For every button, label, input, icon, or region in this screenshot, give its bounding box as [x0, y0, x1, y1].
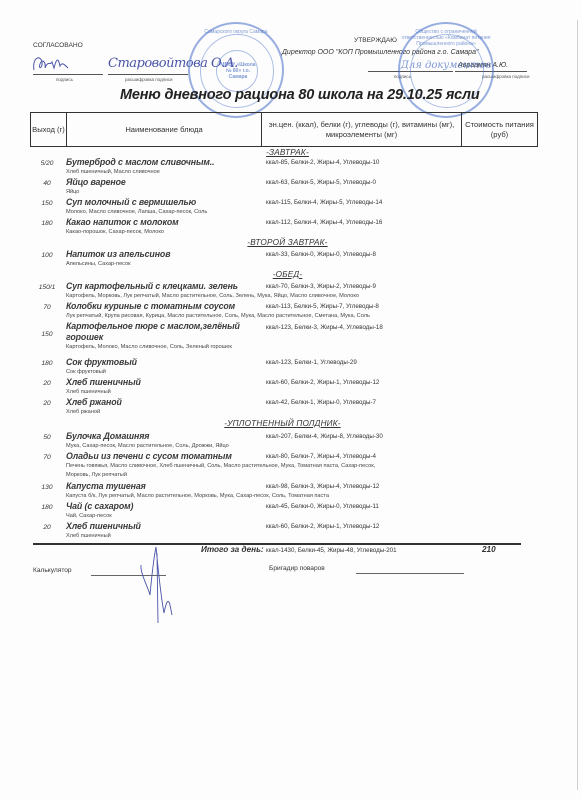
signature-calculator-icon	[138, 543, 178, 627]
header-nutrition: эн.цен. (ккал), белки (г), углеводы (г),…	[261, 113, 461, 146]
page-edge-line	[577, 20, 578, 790]
calculator-label: Калькулятор	[33, 567, 72, 574]
header-dish-name: Наименование блюда	[66, 113, 261, 146]
header-cost: Стоимость питания (руб)	[461, 113, 537, 146]
signature-caption-left: подпись	[56, 77, 73, 82]
decoding-line-left	[108, 74, 188, 75]
decoding-caption-left: расшифровка подписи	[125, 77, 172, 82]
chief-cook-label: Бригадир поваров	[269, 565, 325, 572]
section-afternoon-snack: -УПЛОТНЕННЫЙ ПОЛДНИК-	[0, 419, 573, 428]
section-lunch: -ОБЕД-	[0, 270, 578, 279]
total-nutrition: ккал-1430, Белки-45, Жиры-48, Углеводы-2…	[266, 547, 397, 554]
approval-right-label: УТВЕРЖДАЮ	[354, 37, 397, 44]
page-title: Меню дневного рациона 80 школа на 29.10.…	[120, 87, 480, 103]
stamp-left: Самарского округа Самара МБОУ «Школа № 8…	[188, 22, 284, 118]
header-output: Выход (г)	[31, 113, 66, 146]
approval-left-label: СОГЛАСОВАНО	[33, 42, 83, 49]
signature-left-icon	[30, 52, 70, 76]
total-cost: 210	[482, 545, 496, 554]
chief-cook-signature-line	[356, 573, 464, 574]
signature-line-left	[33, 74, 103, 75]
total-divider	[33, 543, 521, 545]
table-header: Выход (г) Наименование блюда эн.цен. (кк…	[30, 112, 538, 147]
section-breakfast: -ЗАВТРАК-	[0, 148, 578, 157]
total-label: Итого за день:	[201, 545, 264, 554]
stamp-right: Общество с ограниченной ответственностью…	[398, 22, 494, 118]
section-second-breakfast: -ВТОРОЙ ЗАВТРАК-	[0, 238, 578, 247]
